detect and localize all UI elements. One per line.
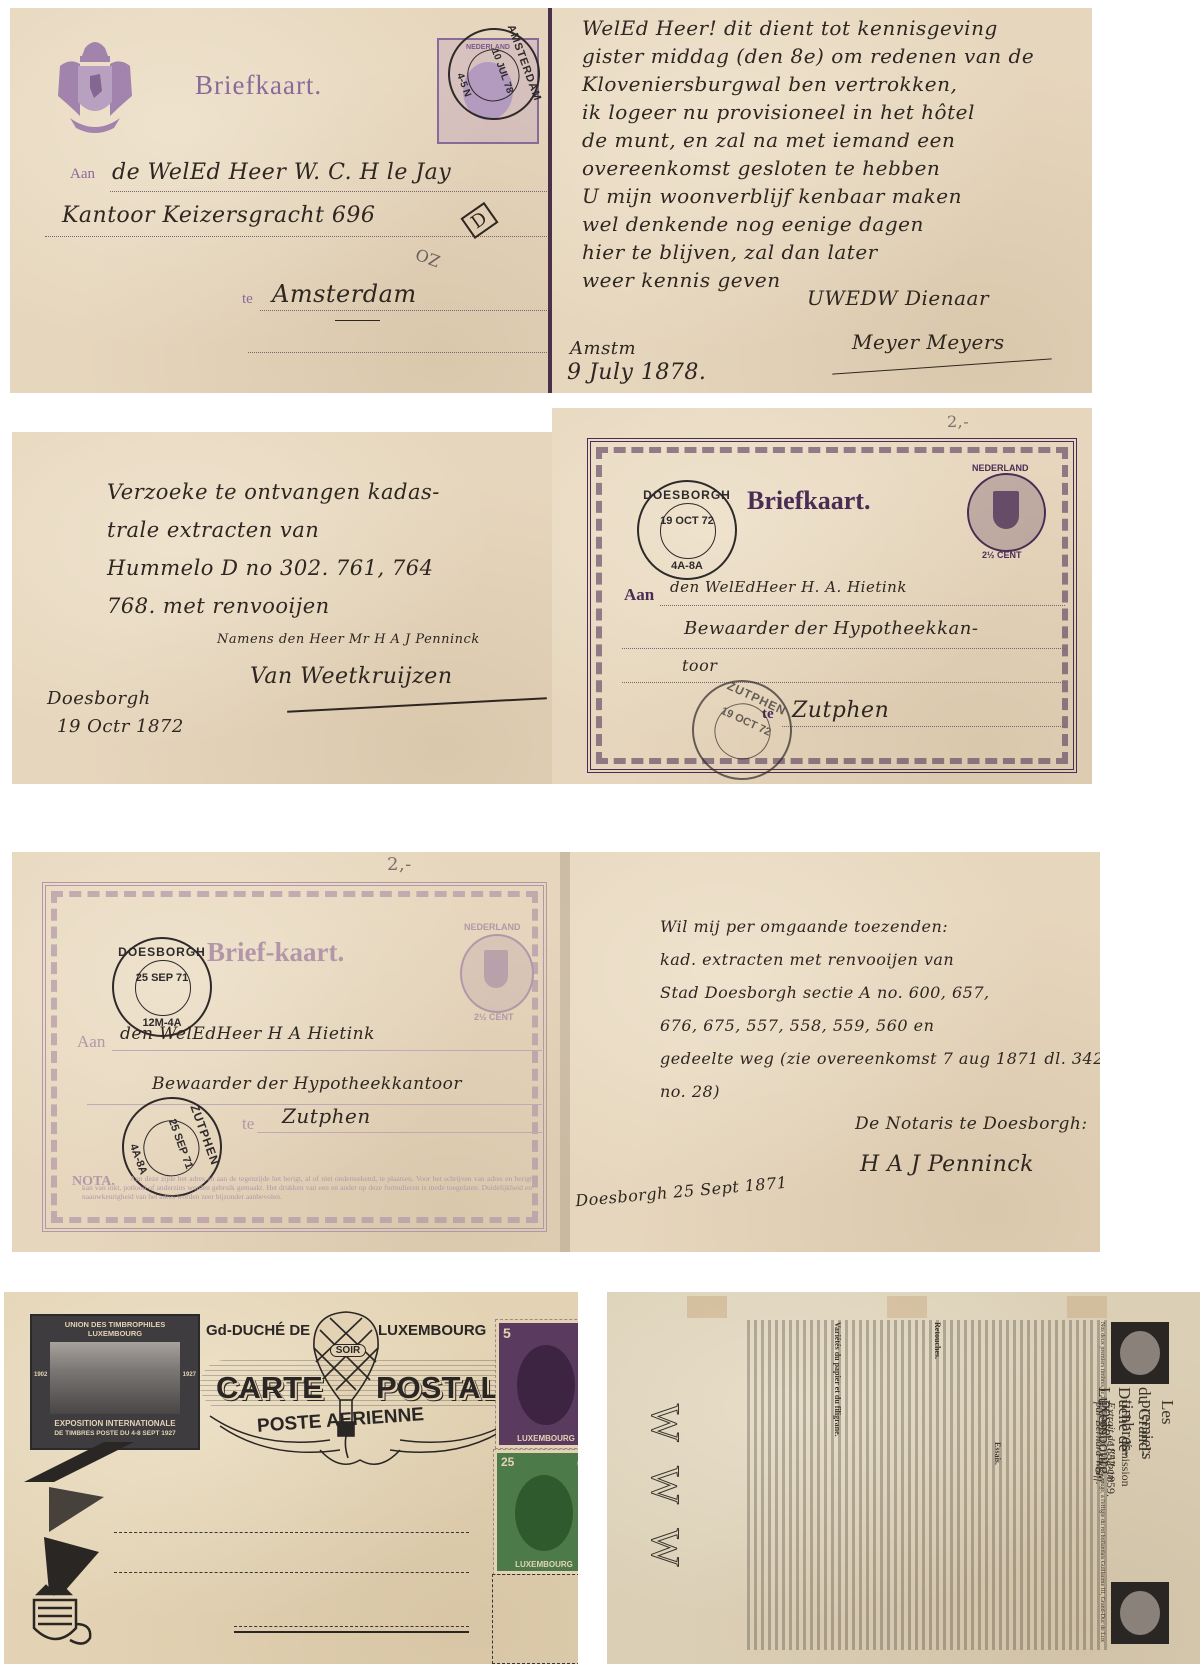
- stamp-imprint: [460, 934, 534, 1013]
- message-line: weer kennis geven: [582, 268, 781, 292]
- pencil-note: 2,-: [947, 412, 969, 431]
- message-line: Stad Doesborgh sectie A no. 600, 657,: [660, 983, 990, 1002]
- luxembourg-arms-icon: [26, 1584, 98, 1654]
- city: Zutphen: [282, 1104, 371, 1128]
- message-line: wel denkende nog eenige dagen: [582, 212, 924, 236]
- ribbon-decoration: [24, 1442, 134, 1592]
- signature: H A J Penninck: [860, 1152, 1034, 1177]
- watermark-letters: W W W: [642, 1404, 689, 1574]
- address-line-1: de WelEd Heer W. C. H le Jay: [112, 160, 451, 185]
- message-line: WelEd Heer! dit dient tot kennisgeving: [582, 16, 998, 40]
- header-left: Gd-DUCHÉ DE: [206, 1322, 310, 1339]
- message-line: ik logeer nu provisioneel in het hôtel: [582, 100, 975, 124]
- date: 9 July 1878.: [567, 360, 706, 385]
- duchess-portrait-icon: [517, 1345, 575, 1425]
- document-body: [747, 1320, 1107, 1650]
- message-line: Kloveniersburgwal ben vertrokken,: [582, 72, 957, 96]
- vignette-year-left: 1902: [34, 1372, 47, 1378]
- first-stamp-image: [1111, 1322, 1169, 1384]
- section-retouches: Retouches.: [933, 1322, 942, 1359]
- message-line: gister middag (den 8e) om redenen van de: [582, 44, 1034, 68]
- first-stamp-image: [1111, 1582, 1169, 1644]
- city: Zutphen: [792, 698, 889, 723]
- stamp-imprint: [967, 473, 1046, 552]
- stamp-5c: 5 C LUXEMBOURG: [496, 1320, 578, 1448]
- section-varietes: Variétés du papier et du filigrane.: [833, 1322, 842, 1437]
- signature: Meyer Meyers: [852, 330, 1005, 354]
- handstamp-zo: ZO: [413, 244, 443, 270]
- message-line: no. 28): [660, 1082, 720, 1101]
- place-date: Doesborgh 25 Sept 1871: [575, 1173, 789, 1210]
- postcard-3-front: 2,- Brief-kaart. NEDERLAND 2½ CENT DOESB…: [12, 852, 560, 1252]
- postcard-2-back: Verzoeke te ontvangen kadas-trale extrac…: [12, 432, 552, 784]
- date: 19 Octr 1872: [57, 716, 184, 737]
- message-line: de munt, en zal na met iemand een: [582, 128, 955, 152]
- document-body-snippet: Nos deux premiers timbres, le 10 centime…: [1099, 1322, 1105, 1642]
- header-right: LUXEMBOURG: [378, 1322, 486, 1339]
- vignette-bottom-text-1: EXPOSITION INTERNATIONALE: [32, 1419, 198, 1428]
- postcard-4-back: Les premiers timbres-poste du Grand-Duch…: [607, 1292, 1200, 1664]
- postcard-1-front: Briefkaart. NEDERLAND AMSTERDAM 10 JUL 7…: [10, 8, 550, 393]
- message-line: U mijn woonverblijf kenbaar maken: [582, 184, 962, 208]
- message-line: 768. met renvooijen: [107, 594, 330, 618]
- handstamp-d: D: [460, 202, 498, 239]
- te-label: te: [242, 291, 253, 308]
- vignette-top-text: UNION DES TIMBROPHILES LUXEMBOURG: [40, 1320, 190, 1338]
- aan-label: Aan: [77, 1032, 105, 1052]
- postmark-doesborgh: DOESBORGH 25 SEP 71 12M-4A: [112, 937, 212, 1037]
- vignette-year-right: 1927: [183, 1372, 196, 1378]
- stamp-value-label: 2½ CENT: [474, 1012, 514, 1022]
- message-line: Hummelo D no 302. 761, 764: [107, 556, 433, 580]
- message-line: hier te blijven, zal dan later: [582, 240, 878, 264]
- place: Amstm: [570, 338, 636, 359]
- message-line: overeenkomst gesloten te hebben: [582, 156, 940, 180]
- pencil-note: 2,-: [387, 854, 412, 875]
- message-line: 676, 675, 557, 558, 559, 560 en: [660, 1016, 934, 1035]
- aan-label: Aan: [624, 585, 654, 605]
- stamp-value-label: 2½ CENT: [982, 550, 1022, 560]
- message-line: trale extracten van: [107, 518, 319, 542]
- address-line-2: Bewaarder der Hypotheekkan-: [684, 618, 978, 639]
- te-label: te: [242, 1114, 254, 1134]
- address-line-2: Kantoor Keizersgracht 696: [62, 203, 375, 228]
- message-line: gedeelte weg (zie overeenkomst 7 aug 187…: [660, 1049, 1100, 1068]
- address-line-3: toor: [682, 656, 717, 675]
- coat-of-arms-icon: [50, 36, 140, 136]
- postcard-3-back: Wil mij per omgaande toezenden:kad. extr…: [560, 852, 1100, 1252]
- card-title: Briefkaart.: [195, 70, 322, 101]
- balloon-label: SOIR: [330, 1344, 366, 1357]
- on-behalf-line: Namens den Heer Mr H A J Penninck: [217, 632, 480, 647]
- stamp-country-label: NEDERLAND: [972, 463, 1029, 473]
- postcard-4-front: UNION DES TIMBROPHILES LUXEMBOURG 1902 1…: [4, 1292, 578, 1664]
- message-line: Wil mij per omgaande toezenden:: [660, 917, 948, 936]
- postcard-1-back: WelEd Heer! dit dient tot kennisgevinggi…: [552, 8, 1092, 393]
- address-line-1: den WelEdHeer H. A. Hietink: [670, 578, 907, 596]
- empty-stamp-box: [492, 1574, 578, 1664]
- nota-text: Aan deze zijde het adres en aan de tegen…: [82, 1174, 532, 1201]
- place: Doesborgh: [47, 688, 151, 709]
- vignette-bottom-text-2: DE TIMBRES POSTE DU 4-8 SEPT 1927: [32, 1430, 198, 1437]
- carte-label: CARTE: [216, 1370, 323, 1406]
- coat-of-arms-icon: [484, 950, 508, 988]
- address-line-2: Bewaarder der Hypotheekkantoor: [152, 1074, 462, 1094]
- city: Amsterdam: [272, 280, 417, 308]
- stamp-25c: 25 C LUXEMBOURG: [494, 1450, 578, 1574]
- coat-of-arms-icon: [993, 491, 1019, 529]
- postcard-2-front: 2,- Briefkaart. NEDERLAND 2½ CENT DOESBO…: [552, 408, 1092, 784]
- closing: UWEDW Dienaar: [807, 286, 989, 310]
- cloud-decoration: [200, 1410, 530, 1470]
- message-line: kad. extracten met renvooijen van: [660, 950, 954, 969]
- exhibition-vignette: UNION DES TIMBROPHILES LUXEMBOURG 1902 1…: [30, 1314, 200, 1450]
- address-line-1: den WelEdHeer H A Hietink: [120, 1024, 375, 1044]
- duchess-portrait-icon: [515, 1475, 573, 1551]
- message-line: Verzoeke te ontvangen kadas-: [107, 480, 440, 504]
- card-title: Briefkaart.: [747, 486, 870, 516]
- postmark-doesborgh: DOESBORGH 19 OCT 72 4A-8A: [637, 480, 737, 580]
- vignette-landscape: [50, 1342, 180, 1414]
- card-title: Brief-kaart.: [207, 937, 344, 968]
- signature: Van Weetkruijzen: [250, 664, 453, 689]
- section-essais: Essais.: [993, 1442, 1002, 1465]
- closing: De Notaris te Doesborgh:: [855, 1114, 1088, 1134]
- stamp-country-label: NEDERLAND: [464, 922, 521, 932]
- aan-label: Aan: [70, 166, 95, 183]
